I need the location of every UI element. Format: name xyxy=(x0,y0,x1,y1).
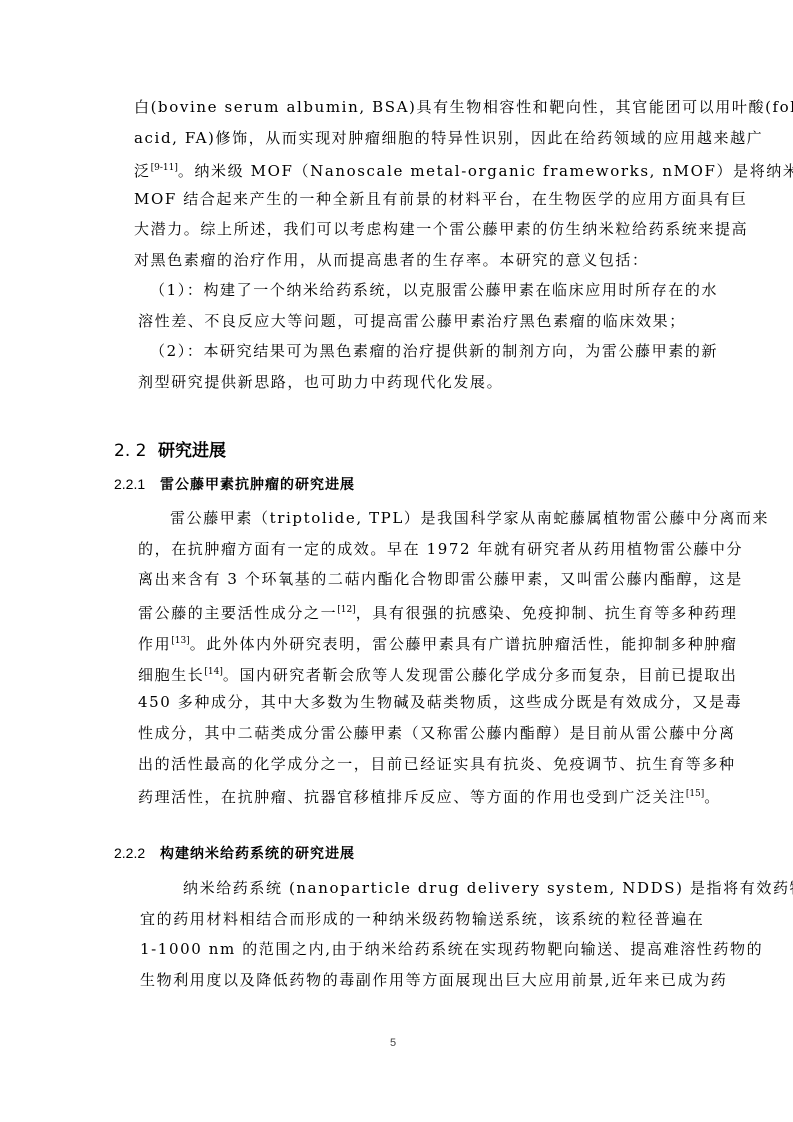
section-number: 2. 2 xyxy=(114,440,158,462)
paragraph-line: 纳米给药系统 (nanoparticle drug delivery syste… xyxy=(183,878,793,898)
section-heading-2-2: 2. 2研究进展 xyxy=(114,440,226,462)
paragraph-line: 生物利用度以及降低药物的毒副作用等方面展现出巨大应用前景,近年来已成为药 xyxy=(140,970,727,990)
subsection-number: 2.2.1 xyxy=(114,474,160,494)
subsection-heading-2-2-1: 2.2.1雷公藤甲素抗肿瘤的研究进展 xyxy=(114,474,355,495)
list-item-line: （2）：本研究结果可为黑色素瘤的治疗提供新的制剂方向，为雷公藤甲素的新 xyxy=(150,341,718,361)
subsection-number: 2.2.2 xyxy=(114,843,160,863)
paragraph-line: 1-1000 nm 的范围之内,由于纳米给药系统在实现药物靶向输送、提高难溶性药… xyxy=(140,939,763,959)
citation-ref: [9-11] xyxy=(151,163,178,173)
paragraph-line: 大潜力。综上所述，我们可以考虑构建一个雷公藤甲素的仿生纳米粒给药系统来提高 xyxy=(134,219,748,239)
paragraph-line: 宜的药用材料相结合而形成的一种纳米级药物输送系统，该系统的粒径普遍在 xyxy=(140,909,704,929)
citation-ref: [12] xyxy=(337,605,355,615)
paragraph-line: 药理活性，在抗肿瘤、抗器官移植排斥反应、等方面的作用也受到广泛关注[15]。 xyxy=(138,784,721,807)
subsection-title: 构建纳米给药系统的研究进展 xyxy=(160,846,355,862)
paragraph-line: 雷公藤甲素（triptolide, TPL）是我国科学家从南蛇藤属植物雷公藤中分… xyxy=(170,508,769,528)
paragraph-line: 白(bovine serum albumin, BSA)具有生物相容性和靶向性，… xyxy=(134,97,793,117)
subsection-title: 雷公藤甲素抗肿瘤的研究进展 xyxy=(160,477,355,493)
paragraph-line: 细胞生长[14]。国内研究者靳会欣等人发现雷公藤化学成分多而复杂，目前已提取出 xyxy=(138,662,738,685)
page-number: 5 xyxy=(390,1037,396,1049)
paragraph-line: 出的活性最高的化学成分之一，目前已经证实具有抗炎、免疫调节、抗生育等多种 xyxy=(138,754,736,774)
paragraph-line: 对黑色素瘤的治疗作用，从而提高患者的生存率。本研究的意义包括： xyxy=(134,250,649,270)
paragraph-line: 离出来含有 3 个环氧基的二萜内酯化合物即雷公藤甲素，又叫雷公藤内酯醇，这是 xyxy=(138,569,743,589)
paragraph-line: 作用[13]。此外体内外研究表明，雷公藤甲素具有广谱抗肿瘤活性，能抑制多种肿瘤 xyxy=(138,631,738,654)
paragraph-line: acid, FA)修饰，从而实现对肿瘤细胞的特异性识别，因此在给药领域的应用越来… xyxy=(134,128,763,148)
subsection-heading-2-2-2: 2.2.2构建纳米给药系统的研究进展 xyxy=(114,843,355,864)
paragraph-line: 泛[9-11]。纳米级 MOF（Nanoscale metal-organic … xyxy=(134,158,793,181)
list-item-line: （1）：构建了一个纳米给药系统，以克服雷公藤甲素在临床应用时所存在的水 xyxy=(150,280,718,300)
list-item-line: 溶性差、不良反应大等问题，可提高雷公藤甲素治疗黑色素瘤的临床效果； xyxy=(138,311,686,331)
paragraph-line: MOF 结合起来产生的一种全新且有前景的材料平台，在生物医学的应用方面具有巨 xyxy=(134,189,748,209)
citation-ref: [13] xyxy=(171,636,189,646)
paragraph-line: 性成分，其中二萜类成分雷公藤甲素（又称雷公藤内酯醇）是目前从雷公藤中分离 xyxy=(138,723,736,743)
paragraph-line: 450 多种成分，其中大多数为生物碱及萜类物质，这些成分既是有效成分，又是毒 xyxy=(138,692,742,712)
paragraph-line: 雷公藤的主要活性成分之一[12]，具有很强的抗感染、免疫抑制、抗生育等多种药理 xyxy=(138,600,738,623)
citation-ref: [15] xyxy=(686,789,704,799)
section-title: 研究进展 xyxy=(158,441,226,461)
list-item-line: 剂型研究提供新思路，也可助力中药现代化发展。 xyxy=(138,372,503,392)
paragraph-line: 的，在抗肿瘤方面有一定的成效。早在 1972 年就有研究者从药用植物雷公藤中分 xyxy=(138,539,743,559)
citation-ref: [14] xyxy=(204,667,222,677)
